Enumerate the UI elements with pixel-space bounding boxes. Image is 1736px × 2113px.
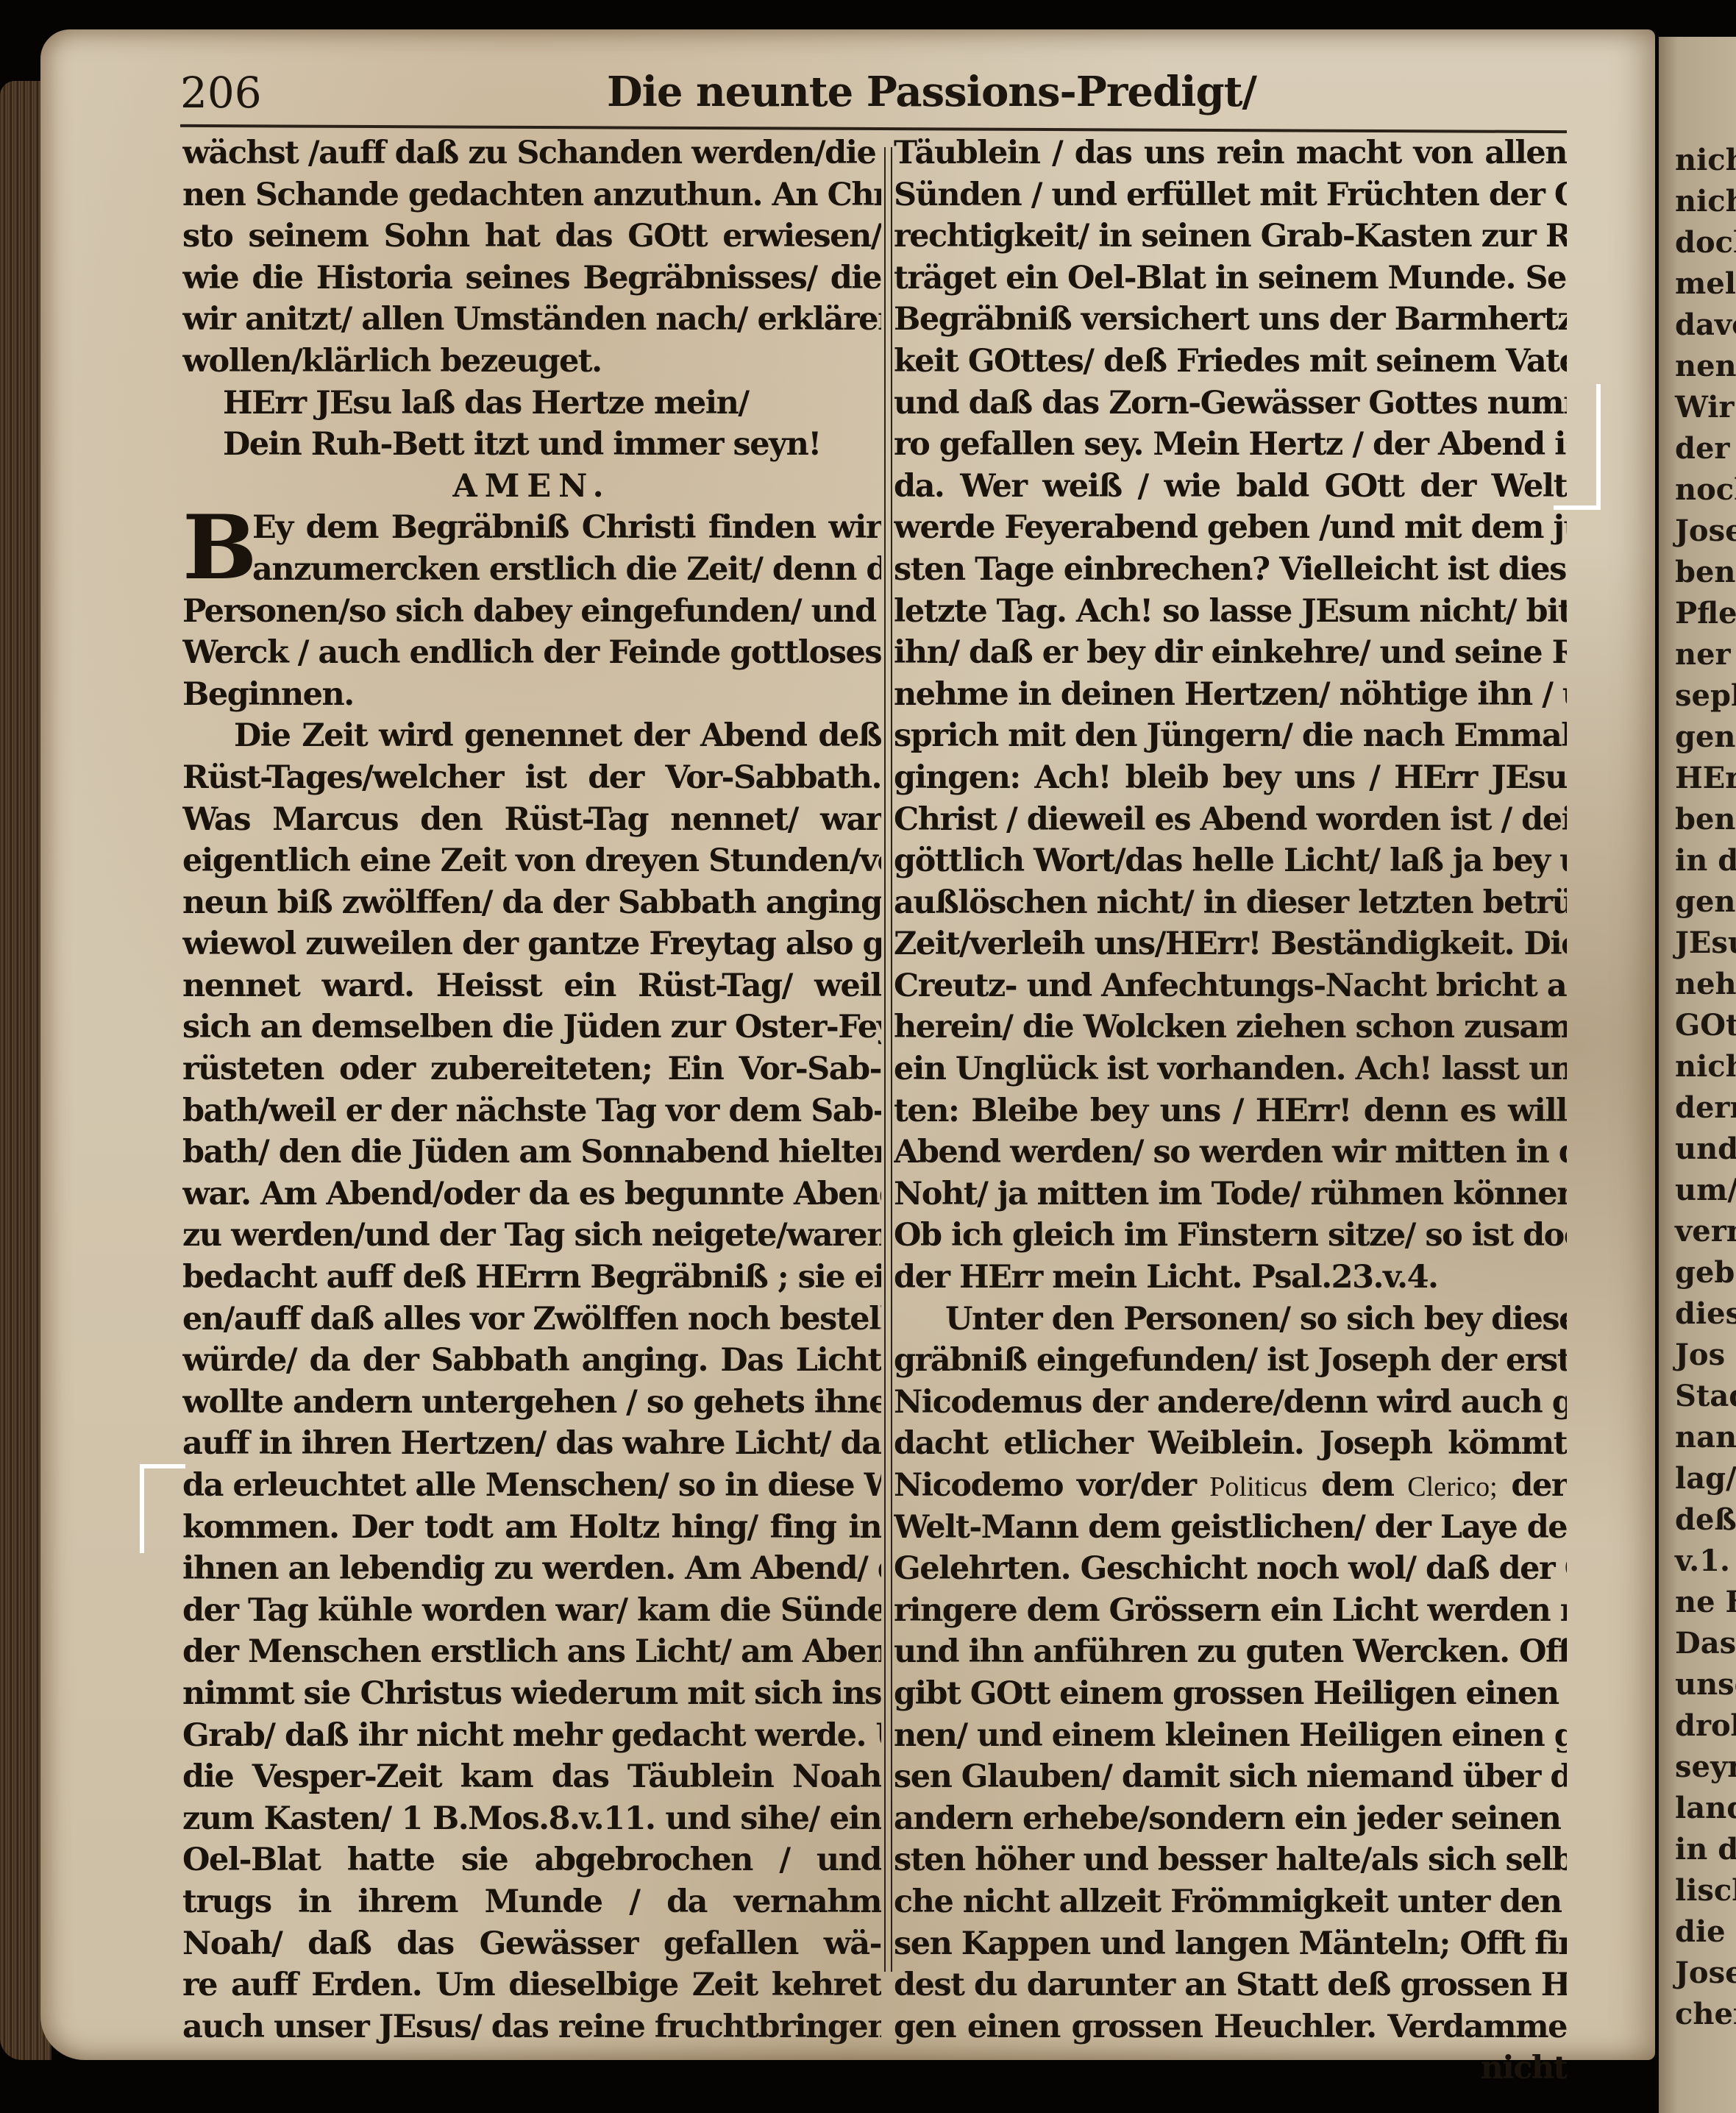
amen-heading: AMEN. (182, 466, 881, 508)
facing-text-line: lische S (1659, 1870, 1736, 1911)
text-line: Gelehrten. Geschicht noch wol/ daß der G… (894, 1548, 1567, 1590)
text-line: letzte Tag. Ach! so lasse JEsum nicht/ b… (894, 591, 1567, 633)
text-line: sten Tage einbrechen? Vielleicht ist die… (894, 549, 1567, 591)
facing-text-line: JEsus (1659, 923, 1736, 964)
text-line: auch unser JEsus/ das reine fruchtbringe… (182, 2006, 881, 2048)
text-fragment: dem (1307, 1467, 1407, 1504)
text-line: Begräbniß versichert uns der Barmhertzig… (894, 299, 1567, 341)
facing-text-line: der Ge (1659, 428, 1736, 469)
dropcap-paragraph: B Ey dem Begräbniß Christi finden wir an… (182, 507, 881, 590)
facing-text-line: seph m (1659, 675, 1736, 717)
crop-mark-bottom-right (1554, 384, 1601, 510)
text-line: träget ein Oel-Blat in seinem Munde. Sei… (894, 258, 1567, 299)
running-title: Die neunte Passions-Predigt/ (607, 68, 1256, 116)
text-line: Rüst-Tages/welcher ist der Vor-Sabbath. (182, 757, 881, 799)
facing-text-line: um/m (1659, 1170, 1736, 1211)
text-line: gingen: Ach! bleib bey uns / HErr JEsu (894, 757, 1567, 799)
facing-text-line: Wir (1659, 387, 1736, 428)
text-line: sprich mit den Jüngern/ die nach Emmahus (894, 715, 1567, 757)
facing-text-line: deß P (1659, 1499, 1736, 1541)
text-line: ringere dem Grössern ein Licht werden mu… (894, 1590, 1567, 1632)
text-line: nennet ward. Heisst ein Rüst-Tag/ weil (182, 965, 881, 1007)
text-line: Beginnen. (182, 674, 881, 716)
text-line: rüsteten oder zubereiteten; Ein Vor-Sab- (182, 1048, 881, 1090)
text-line: Welt-Mann dem geistlichen/ der Laye dem (894, 1507, 1567, 1549)
text-line: en/auff daß alles vor Zwölffen noch best… (182, 1299, 881, 1340)
facing-text-line: ben / (1659, 552, 1736, 593)
facing-text-line: doch etl (1659, 222, 1736, 263)
facing-text-line: v.1. (1659, 1541, 1736, 1582)
text-line: und daß das Zorn-Gewässer Gottes nummeh- (894, 383, 1567, 425)
facing-text-line: Pflege. (1659, 593, 1736, 634)
facing-text-line: dern m (1659, 1087, 1736, 1129)
text-line: Unter den Personen/ so sich bey diesem B… (894, 1299, 1567, 1340)
facing-text-line: in dir/de (1659, 1829, 1736, 1870)
text-line: nen/ und einem kleinen Heiligen einen gr… (894, 1715, 1567, 1757)
facing-text-line: seyn; d (1659, 1747, 1736, 1788)
text-line: anzumercken erstlich die Zeit/ denn die (182, 549, 881, 591)
facing-text-line: nicht vi (1659, 181, 1736, 222)
text-line: wie die Historia seines Begräbnisses/ di… (182, 258, 881, 299)
text-line: die Vesper-Zeit kam das Täublein Noah (182, 1756, 881, 1798)
text-line: Noht/ ja mitten im Tode/ rühmen können: (894, 1173, 1567, 1215)
text-line: dacht etlicher Weiblein. Joseph kömmt (894, 1423, 1567, 1465)
text-line: rechtigkeit/ in seinen Grab-Kasten zur R… (894, 216, 1567, 258)
text-line: würde/ da der Sabbath anging. Das Licht (182, 1340, 881, 1382)
text-line: sten höher und besser halte/als sich sel… (894, 1839, 1567, 1881)
facing-text-line: davon z (1659, 305, 1736, 346)
text-line: Was Marcus den Rüst-Tag nennet/ war (182, 799, 881, 841)
facing-text-line: in der (1659, 840, 1736, 881)
facing-text-line: land / (1659, 1788, 1736, 1829)
text-line: nen Schande gedachten anzuthun. An Chri- (182, 174, 881, 216)
text-line: ten: Bleibe bey uns / HErr! denn es will (894, 1090, 1567, 1132)
text-line: der Menschen erstlich ans Licht/ am Aben… (182, 1631, 881, 1673)
facing-text-line: nicht oh (1659, 140, 1736, 181)
text-line: sto seinem Sohn hat das GOtt erwiesen/ (182, 216, 881, 258)
facing-text-line: nannt (1659, 1417, 1736, 1458)
facing-text-line: noch g (1659, 469, 1736, 511)
facing-text-line: die ihm (1659, 1911, 1736, 1953)
text-line: eigentlich eine Zeit von dreyen Stunden/… (182, 840, 881, 882)
text-line: wächst /auff daß zu Schanden werden/die … (182, 132, 881, 174)
text-line: wiewol zuweilen der gantze Freytag also … (182, 923, 881, 965)
facing-page-edge: nicht oh nicht vi doch etl mel an davon … (1659, 37, 1736, 2113)
facing-text-line: ner in d (1659, 634, 1736, 675)
verse-line: Dein Ruh-Bett itzt und immer seyn! (182, 424, 881, 466)
running-head: 206 Die neunte Passions-Predigt/ (180, 68, 1563, 127)
text-line: Nicodemus der andere/denn wird auch ge- (894, 1382, 1567, 1424)
text-line: gen einen grossen Heuchler. Verdamme (894, 2006, 1567, 2048)
facing-text-line: diesel (1659, 1293, 1736, 1335)
text-line: Die Zeit wird genennet der Abend deß (182, 715, 881, 757)
facing-text-line: droben (1659, 1705, 1736, 1747)
text-line: der Tag kühle worden war/ kam die Sünde (182, 1590, 881, 1632)
facing-text-line: ben un (1659, 799, 1736, 840)
text-line: Täublein / das uns rein macht von allen (894, 132, 1567, 174)
facing-text-line: gen ru (1659, 717, 1736, 758)
text-line: Ey dem Begräbniß Christi finden wir (182, 507, 881, 549)
text-line: wollte andern untergehen / so gehets ihn… (182, 1382, 881, 1424)
facing-text-line: Jos (1659, 1335, 1736, 1376)
text-line: Grab/ daß ihr nicht mehr gedacht werde. … (182, 1715, 881, 1757)
text-line: ein Unglück ist vorhanden. Ach! lasst un… (894, 1048, 1567, 1090)
text-line: Werck / auch endlich der Feinde gottlose… (182, 632, 881, 674)
text-line: bath/ den die Jüden am Sonnabend hielten… (182, 1132, 881, 1173)
text-line: trugs in ihrem Munde / da vernahm (182, 1881, 881, 1923)
facing-text-line: gen. (1659, 881, 1736, 923)
text-line: da. Wer weiß / wie bald GOtt der Welt (894, 466, 1567, 508)
facing-text-line: GOtt (1659, 1005, 1736, 1046)
latin-term: Politicus (1209, 1471, 1307, 1502)
verse-line: HErr JEsu laß das Hertze mein/ (182, 383, 881, 425)
text-line: che nicht allzeit Frömmigkeit unter den … (894, 1881, 1567, 1923)
facing-text-line: und lä (1659, 1129, 1736, 1170)
facing-text-line: Josep (1659, 1953, 1736, 1994)
text-line: zum Kasten/ 1 B.Mos.8.v.11. und sihe/ ei… (182, 1798, 881, 1840)
text-line: da erleuchtet alle Menschen/ so in diese… (182, 1465, 881, 1507)
text-line: und ihn anführen zu guten Wercken. Offt (894, 1631, 1567, 1673)
text-line: Sünden / und erfüllet mit Früchten der G… (894, 174, 1567, 216)
text-line: Personen/so sich dabey eingefunden/ und … (182, 591, 881, 633)
text-line: Noah/ daß das Gewässer gefallen wä- (182, 1923, 881, 1965)
text-line: bath/weil er der nächste Tag vor dem Sab… (182, 1090, 881, 1132)
facing-text-line: HErr (1659, 758, 1736, 799)
left-column: wächst /auff daß zu Schanden werden/die … (182, 132, 881, 2048)
text-line: zu werden/und der Tag sich neigete/waren… (182, 1215, 881, 1257)
facing-text-line: lag/ ei (1659, 1458, 1736, 1499)
text-line: dest du darunter an Statt deß grossen He… (894, 1964, 1567, 2006)
text-line: andern erhebe/sondern ein jeder seinen N… (894, 1798, 1567, 1840)
text-line: wir anitzt/ allen Umständen nach/ erklär… (182, 299, 881, 341)
text-fragment: der (1498, 1467, 1567, 1504)
scripture-quote-line: der HErr mein Licht. Psal.23.v.4. (894, 1257, 1567, 1299)
column-divider (884, 147, 892, 1972)
text-line: sich an demselben die Jüden zur Oster-Fe… (182, 1006, 881, 1048)
facing-page-top-margin (1659, 37, 1736, 140)
text-line: Christ / dieweil es Abend worden ist / d… (894, 799, 1567, 841)
catchword: nicht (894, 2048, 1567, 2089)
text-line: göttlich Wort/das helle Licht/ laß ja be… (894, 840, 1567, 882)
latin-term: Clerico; (1407, 1471, 1497, 1502)
text-line: sen Kappen und langen Mänteln; Offt fin- (894, 1923, 1567, 1965)
text-line: neun biß zwölffen/ da der Sabbath anging… (182, 882, 881, 924)
text-line: Oel-Blat hatte sie abgebrochen / und (182, 1839, 881, 1881)
text-line: kommen. Der todt am Holtz hing/ fing in (182, 1507, 881, 1549)
text-line: war. Am Abend/oder da es begunnte Abend (182, 1173, 881, 1215)
facing-text-line: nen/un (1659, 346, 1736, 387)
text-line: Zeit/verleih uns/HErr! Beständigkeit. Di… (894, 923, 1567, 965)
page-number: 206 (180, 68, 262, 118)
text-line: ihn/ daß er bey dir einkehre/ und seine … (894, 632, 1567, 674)
text-line: gräbniß eingefunden/ ist Joseph der erst… (894, 1340, 1567, 1382)
facing-text-line: nicht zu (1659, 1046, 1736, 1087)
text-line: herein/ die Wolcken ziehen schon zusamme… (894, 1006, 1567, 1048)
text-line: nehme in deinen Hertzen/ nöhtige ihn / u… (894, 674, 1567, 716)
text-line: sen Glauben/ damit sich niemand über den (894, 1756, 1567, 1798)
text-line: bedacht auff deß HErrn Begräbniß ; sie e… (182, 1257, 881, 1299)
text-line: gibt GOtt einem grossen Heiligen einen k… (894, 1673, 1567, 1715)
facing-text-line: cher (1659, 1994, 1736, 2035)
text-line: keit GOttes/ deß Friedes mit seinem Vate… (894, 341, 1567, 383)
text-line: Creutz- und Anfechtungs-Nacht bricht auc… (894, 965, 1567, 1007)
text-line: Abend werden/ so werden wir mitten in de… (894, 1132, 1567, 1173)
text-line: ro gefallen sey. Mein Hertz / der Abend … (894, 424, 1567, 466)
facing-text-line: nehme (1659, 964, 1736, 1005)
text-line: ihnen an lebendig zu werden. Am Abend/ d… (182, 1548, 881, 1590)
facing-text-line: Joseph (1659, 511, 1736, 552)
scripture-quote-line: Ob ich gleich im Finstern sitze/ so ist … (894, 1215, 1567, 1257)
facing-text-line: gebo (1659, 1252, 1736, 1293)
facing-text-line: mel an (1659, 263, 1736, 305)
dropcap: B (182, 504, 256, 592)
facing-text-line: verni (1659, 1211, 1736, 1252)
text-line: werde Feyerabend geben /und mit dem jüng… (894, 507, 1567, 549)
text-line: außlöschen nicht/ in dieser letzten betr… (894, 882, 1567, 924)
text-fragment: Nicodemo vor/der (894, 1467, 1209, 1504)
right-column: Täublein / das uns rein macht von allen … (894, 132, 1567, 2089)
text-line: nimmt sie Christus wiederum mit sich ins (182, 1673, 881, 1715)
text-line: wollen/klärlich bezeuget. (182, 341, 881, 383)
crop-mark-top-left (140, 1464, 185, 1553)
text-line-latin-terms: Nicodemo vor/der Politicus dem Clerico; … (894, 1465, 1567, 1507)
text-line: auff in ihren Hertzen/ das wahre Licht/ … (182, 1423, 881, 1465)
facing-text-line: ne Hö (1659, 1582, 1736, 1623)
facing-text-line: Stadt (1659, 1376, 1736, 1417)
facing-text-line: Das (1659, 1623, 1736, 1664)
facing-text-line: unser (1659, 1664, 1736, 1705)
text-line: re auff Erden. Um dieselbige Zeit kehret (182, 1964, 881, 2006)
